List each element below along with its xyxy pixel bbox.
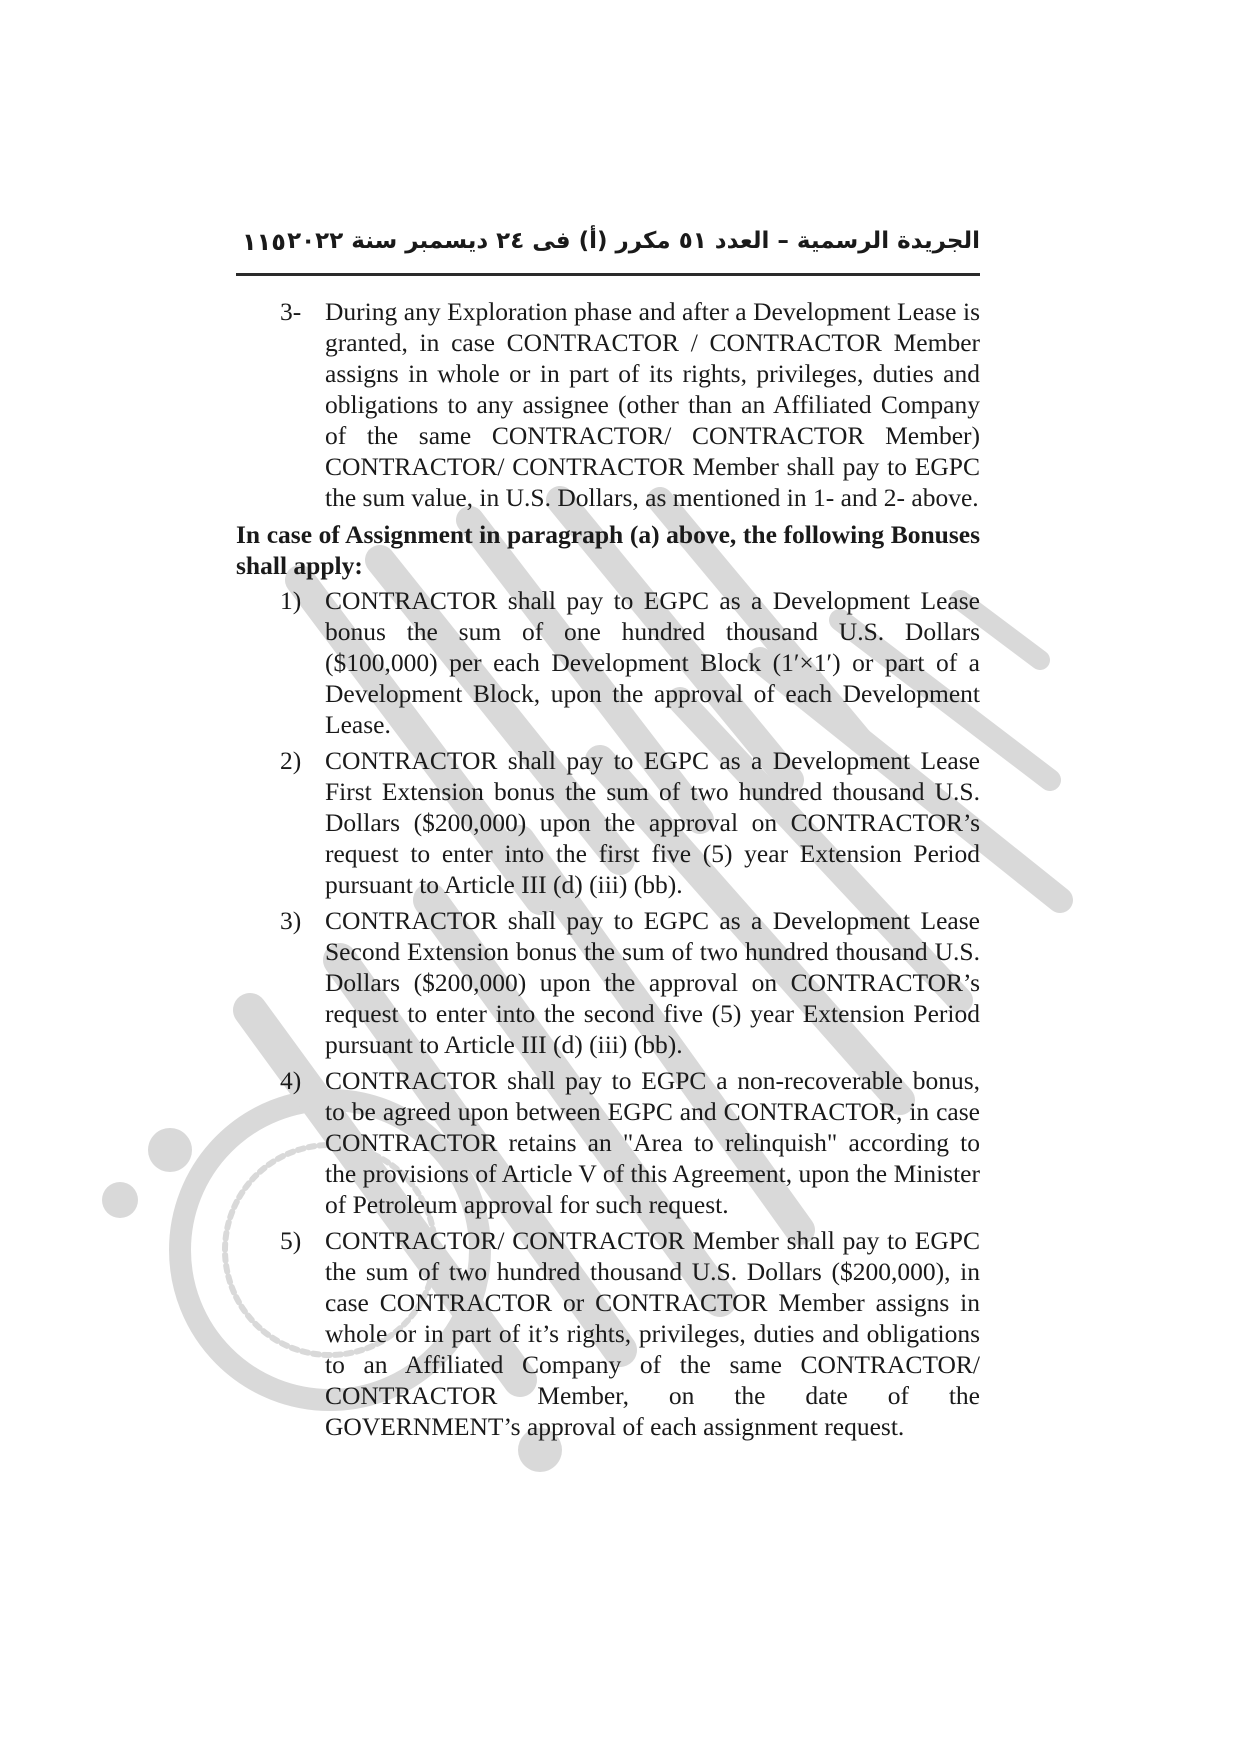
bonus-item-3: 3) CONTRACTOR shall pay to EGPC as a Dev… — [236, 905, 980, 1060]
bonus-item-2: 2) CONTRACTOR shall pay to EGPC as a Dev… — [236, 745, 980, 900]
gazette-header: ١١٥ الجريدة الرسمية – العدد ٥١ مكرر (أ) … — [236, 228, 980, 264]
bonus-marker: 4) — [280, 1065, 301, 1096]
bonus-marker: 2) — [280, 745, 301, 776]
section-heading: In case of Assignment in paragraph (a) a… — [236, 519, 980, 581]
bonus-item-1: 1) CONTRACTOR shall pay to EGPC as a Dev… — [236, 585, 980, 740]
bonus-text: CONTRACTOR/ CONTRACTOR Member shall pay … — [325, 1225, 980, 1442]
bonus-item-4: 4) CONTRACTOR shall pay to EGPC a non-re… — [236, 1065, 980, 1220]
bonus-text: CONTRACTOR shall pay to EGPC a non-recov… — [325, 1065, 980, 1220]
bonus-marker: 3) — [280, 905, 301, 936]
page-number: ١١٥ — [242, 228, 286, 256]
bonus-text: CONTRACTOR shall pay to EGPC as a Develo… — [325, 745, 980, 900]
bonus-marker: 5) — [280, 1225, 301, 1256]
bonus-marker: 1) — [280, 585, 301, 616]
gazette-title: الجريدة الرسمية – العدد ٥١ مكرر (أ) فى ٢… — [287, 228, 980, 254]
bonus-text: CONTRACTOR shall pay to EGPC as a Develo… — [325, 585, 980, 740]
bonus-item-5: 5) CONTRACTOR/ CONTRACTOR Member shall p… — [236, 1225, 980, 1442]
clause-marker: 3- — [280, 296, 301, 327]
bonus-text: CONTRACTOR shall pay to EGPC as a Develo… — [325, 905, 980, 1060]
header-divider — [236, 273, 980, 276]
clause-3: 3- During any Exploration phase and afte… — [236, 296, 980, 513]
document-body: 3- During any Exploration phase and afte… — [236, 296, 980, 1447]
clause-text: During any Exploration phase and after a… — [325, 296, 980, 513]
